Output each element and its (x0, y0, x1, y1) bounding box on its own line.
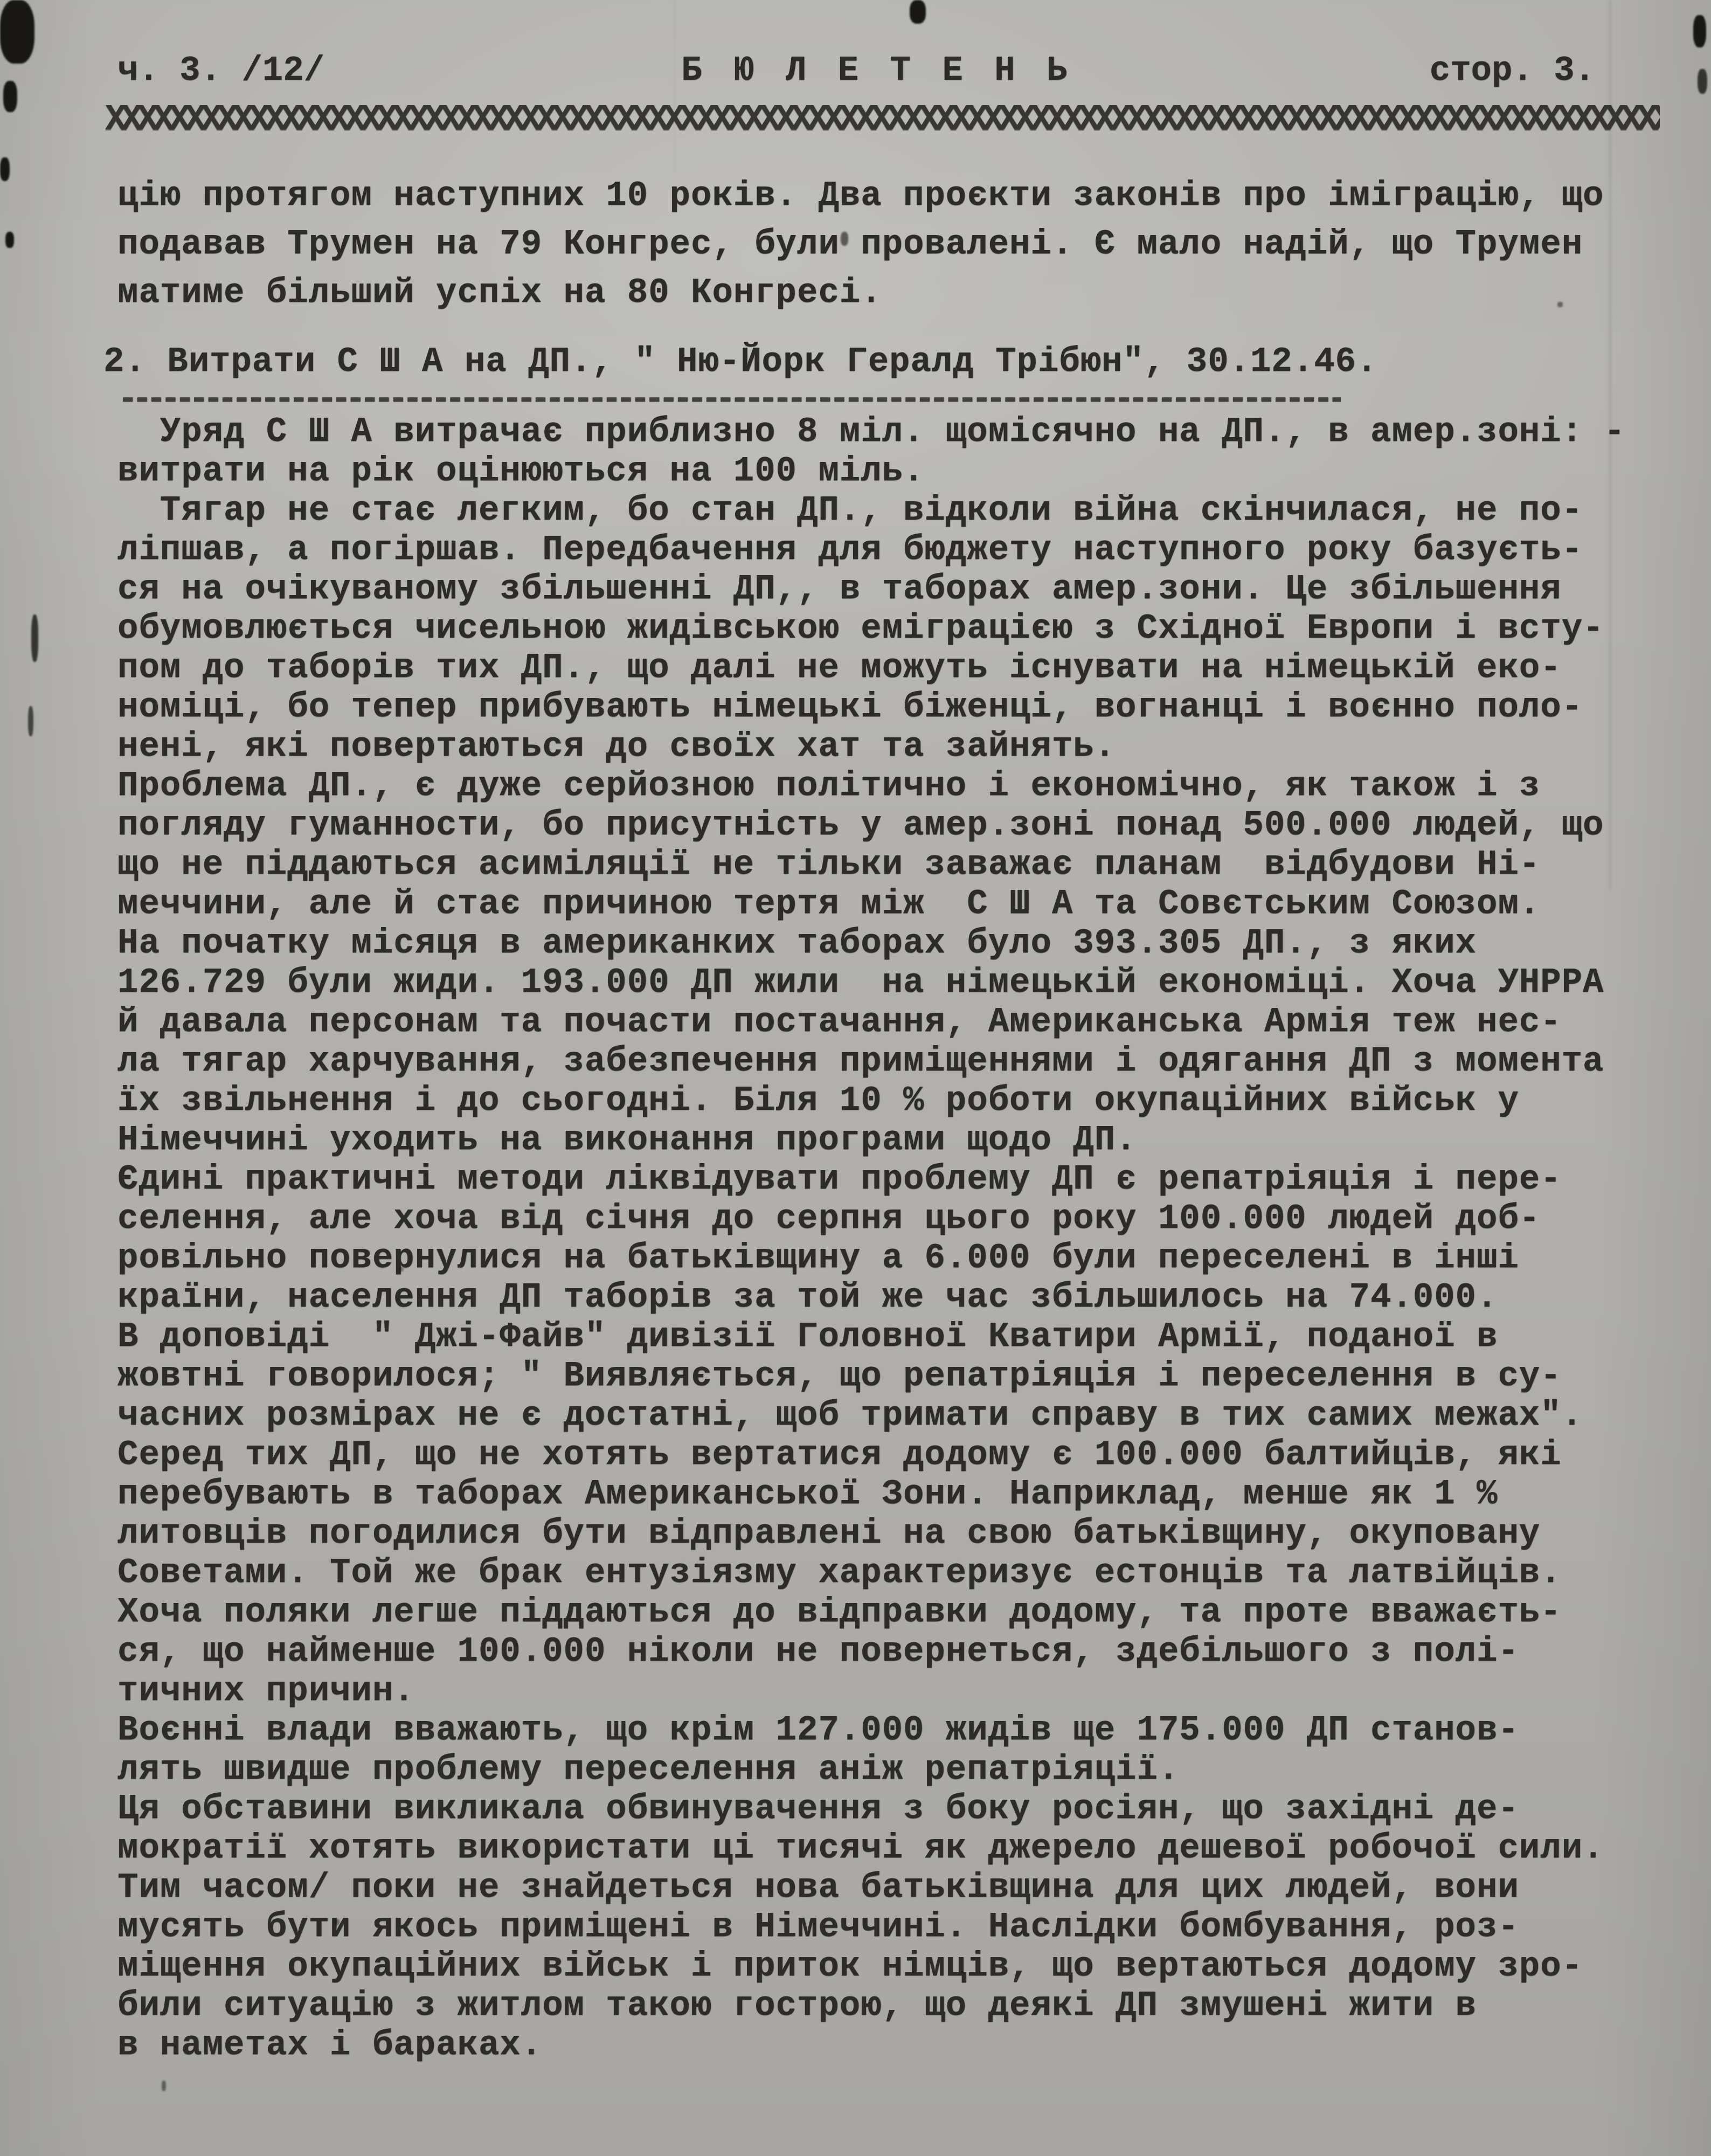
body-line: Тим часом/ поки не знайдеться нова батьк… (117, 1869, 1625, 1908)
body-line: лять швидше проблему переселення аніж ре… (117, 1751, 1625, 1790)
body-line: Серед тих ДП, що не хотять вертатися дод… (117, 1436, 1625, 1475)
page-number: стор. 3. (1430, 52, 1595, 91)
body-line: Ця обставини викликала обвинувачення з б… (117, 1790, 1625, 1829)
body-line: В доповіді " Джі-Файв" дивізії Головної … (117, 1318, 1625, 1357)
scan-artifact-left-margin-mark (31, 614, 38, 662)
scan-artifact-dust (399, 1267, 404, 1272)
body-line: й давала персонам та почасти постачання,… (117, 1003, 1625, 1042)
body-line: країни, населення ДП таборів за той же ч… (117, 1279, 1625, 1318)
scan-artifact-left-margin-mark (28, 706, 33, 736)
scan-artifact-corner-blob (0, 0, 34, 64)
scan-artifact-right-edge-mark (1698, 69, 1707, 94)
scanned-document-page: ч. 3. /12/ Б Ю Л Е Т Е Н Ь стор. 3. XXXX… (0, 0, 1711, 2156)
body-line: їх звільнення і до сьогодні. Біля 10 % р… (117, 1082, 1625, 1121)
body-line: ся на очікуваному збільшенні ДП,, в табо… (117, 570, 1625, 610)
section-heading-underline: ----------------------------------------… (117, 381, 1341, 413)
scan-artifact-left-edge-mark (0, 157, 10, 181)
scan-artifact-top-mark (910, 0, 926, 24)
bulletin-title: Б Ю Л Е Т Е Н Ь (681, 52, 1072, 91)
body-line: Хоча поляки легше піддаються до відправк… (117, 1593, 1625, 1633)
body-line: тичних причин. (117, 1672, 1625, 1711)
intro-paragraph: цію протягом наступних 10 років. Два про… (117, 177, 1604, 322)
scan-artifact-top-mark (841, 232, 848, 246)
body-line: часних розмірах не є достатні, щоб трима… (117, 1397, 1625, 1436)
intro-line: цію протягом наступних 10 років. Два про… (117, 177, 1604, 225)
body-line: литовців погодилися бути відправлені на … (117, 1515, 1625, 1554)
body-line: ся, що найменше 100.000 ніколи не поверн… (117, 1633, 1625, 1672)
paper-crease-vertical (674, 0, 675, 172)
body-line: Тягар не стає легким, бо стан ДП., відко… (117, 492, 1625, 531)
body-line: номіці, бо тепер прибувають німецькі біж… (117, 688, 1625, 728)
body-line: міщення окупаційних військ і приток німц… (117, 1947, 1625, 1987)
body-line: били ситуацію з житлом такою гострою, що… (117, 1987, 1625, 2026)
body-line: Советами. Той же брак ентузіязму характе… (117, 1554, 1625, 1593)
scan-artifact-dust (334, 1919, 340, 1925)
issue-number: ч. 3. /12/ (117, 52, 324, 91)
body-line: На початку місяця в американких таборах … (117, 924, 1625, 964)
scan-artifact-left-edge-mark (5, 232, 14, 248)
body-line: що не піддаються асиміляції не тільки за… (117, 846, 1625, 885)
body-line: пом до таборів тих ДП., що далі не можут… (117, 649, 1625, 688)
body-line: мократії хотять використати ці тисячі як… (117, 1829, 1625, 1869)
body-line: Воєнні влади вважають, що крім 127.000 ж… (117, 1711, 1625, 1751)
body-line: меччини, але й стає причиною тертя між С… (117, 885, 1625, 924)
x-separator-rule: XXXXXXXXXXXXXXXXXXXXXXXXXXXXXXXXXXXXXXXX… (105, 99, 1660, 150)
scan-artifact-dust (1557, 302, 1563, 307)
body-line: селення, але хоча від січня до серпня ць… (117, 1200, 1625, 1239)
body-line: ліпшав, а погіршав. Передбачення для бюд… (117, 531, 1625, 570)
body-line: Уряд С Ш А витрачає приблизно 8 міл. щом… (117, 413, 1625, 452)
body-line: мусять бути якось приміщені в Німеччині.… (117, 1908, 1625, 1947)
body-line: Проблема ДП., є дуже серйозною політично… (117, 767, 1625, 806)
intro-line: подавав Трумен на 79 Конгрес, були прова… (117, 225, 1604, 274)
page-header: ч. 3. /12/ Б Ю Л Е Т Е Н Ь стор. 3. (117, 52, 1595, 91)
intro-line: матиме більший успіх на 80 Конгресі. (117, 274, 1604, 322)
body-line: нені, які повертаються до своїх хат та з… (117, 728, 1625, 767)
scan-artifact-right-edge-mark (1693, 15, 1706, 47)
body-line: Німеччині уходить на виконання програми … (117, 1121, 1625, 1160)
body-line: в наметах і бараках. (117, 2026, 1625, 2065)
body-line: жовтні говорилося; " Виявляється, що реп… (117, 1357, 1625, 1397)
body-line: погляду гуманности, бо присутність у аме… (117, 806, 1625, 846)
body-line: ла тягар харчування, забезпечення приміщ… (117, 1042, 1625, 1082)
section-heading: 2. Витрати С Ш А на ДП., " Ню-Йорк Герал… (103, 343, 1377, 382)
body-line: 126.729 були жиди. 193.000 ДП жили на ні… (117, 964, 1625, 1003)
paper-crease-vertical (1609, 0, 1611, 889)
article-body: Уряд С Ш А витрачає приблизно 8 міл. щом… (117, 413, 1625, 2065)
body-line: ровільно повернулися на батьківщину а 6.… (117, 1239, 1625, 1279)
scan-artifact-dust (652, 544, 656, 552)
body-line: Єдині практичні методи ліквідувати пробл… (117, 1160, 1625, 1200)
body-line: витрати на рік оцінюються на 100 міль. (117, 452, 1625, 492)
body-line: перебувають в таборах Американської Зони… (117, 1475, 1625, 1515)
scan-artifact-left-edge-mark (3, 81, 17, 112)
scan-artifact-dust (162, 2081, 166, 2091)
body-line: обумовлюється чисельною жидівською емігр… (117, 610, 1625, 649)
